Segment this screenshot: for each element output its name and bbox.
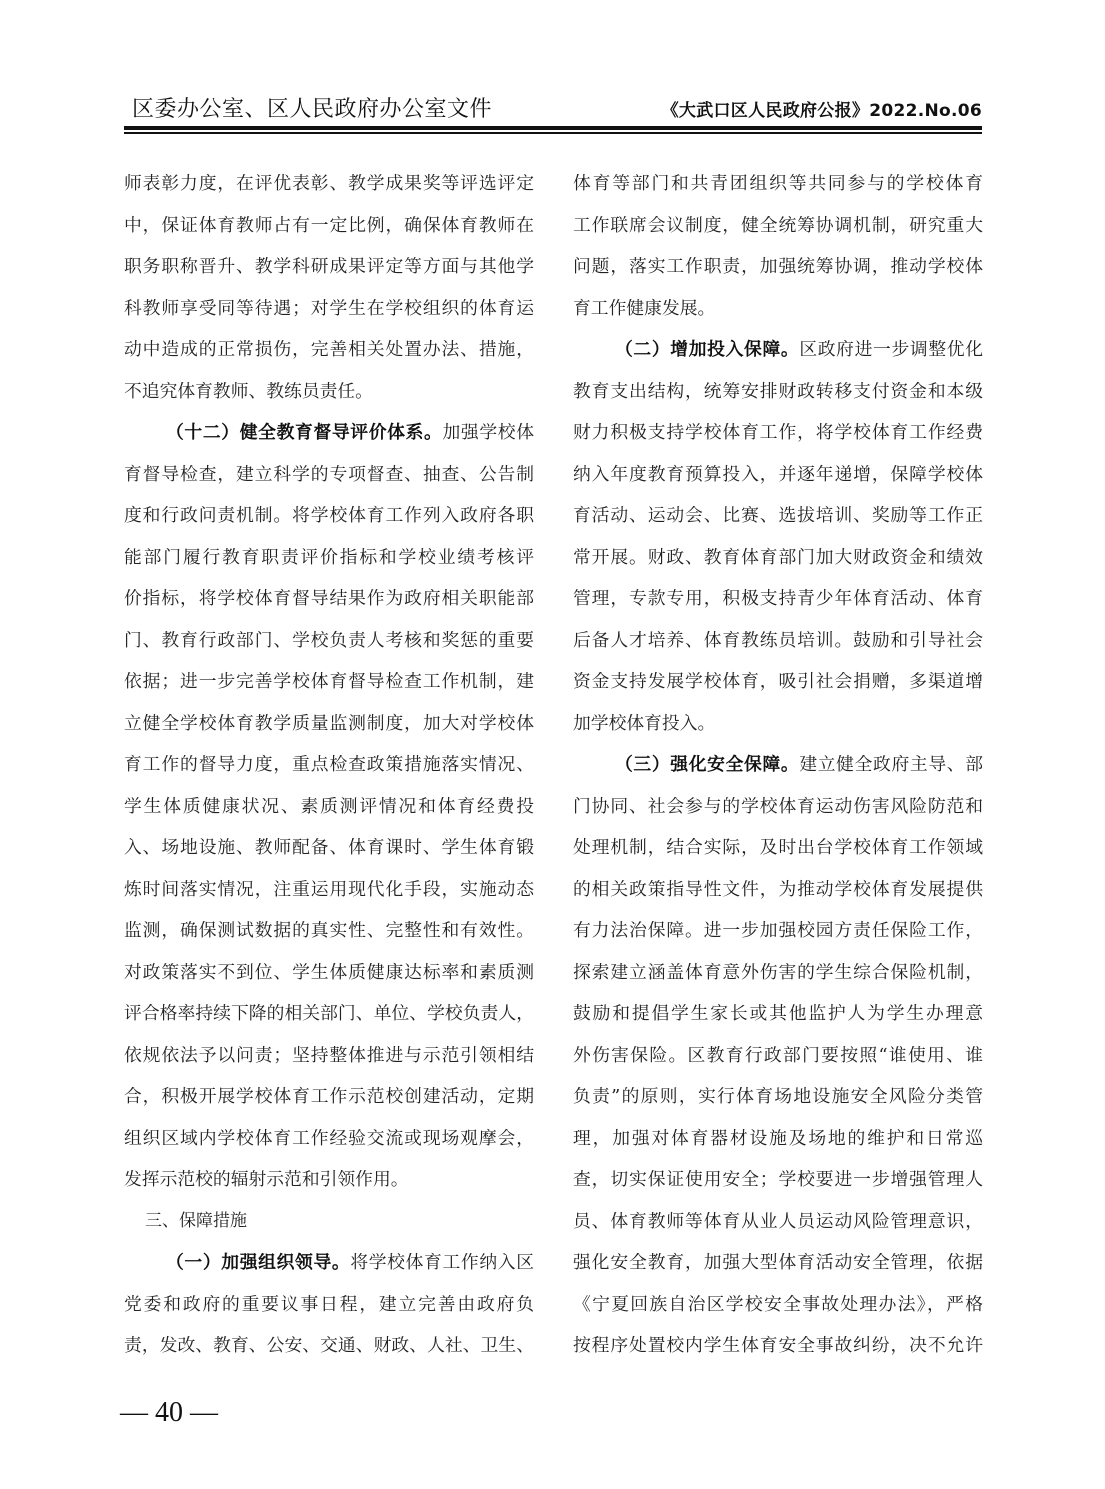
text-line: 体育等部门和共青团组织等共同参与的学校体育 xyxy=(573,163,983,205)
text-line: 后备人才培养、体育教练员培训。鼓励和引导社会 xyxy=(573,620,983,662)
text-line: 不追究体育教师、教练员责任。 xyxy=(124,371,534,413)
text-line: 的相关政策指导性文件，为推动学校体育发展提供 xyxy=(573,869,983,911)
text-line: 问题，落实工作职责，加强统筹协调，推动学校体 xyxy=(573,246,983,288)
paragraph-continued: 师表彰力度，在评优表彰、教学成果奖等评选评定 中，保证体育教师占有一定比例，确保… xyxy=(124,163,534,412)
section-heading-inline: （一）加强组织领导。 xyxy=(166,1252,350,1273)
right-column: 体育等部门和共青团组织等共同参与的学校体育 工作联席会议制度，健全统筹协调机制，… xyxy=(573,163,983,1367)
left-column: 师表彰力度，在评优表彰、教学成果奖等评选评定 中，保证体育教师占有一定比例，确保… xyxy=(124,163,534,1367)
text-line: 中，保证体育教师占有一定比例，确保体育教师在 xyxy=(124,205,534,247)
text-line: 查，切实保证使用安全；学校要进一步增强管理人 xyxy=(573,1159,983,1201)
paragraph-organization-leadership: （一）加强组织领导。将学校体育工作纳入区 党委和政府的重要议事日程，建立完善由政… xyxy=(124,1242,534,1367)
text-run: 区政府进一步调整优化 xyxy=(799,339,983,360)
text-line: 育工作健康发展。 xyxy=(573,288,983,330)
text-line: 能部门履行教育职责评价指标和学校业绩考核评 xyxy=(124,537,534,579)
text-line: 度和行政问责机制。将学校体育工作列入政府各职 xyxy=(124,495,534,537)
section-heading: 三、保障措施 xyxy=(124,1201,534,1243)
section-heading-inline: （三）强化安全保障。 xyxy=(615,754,799,775)
text-line: 育督导检查，建立科学的专项督查、抽查、公告制 xyxy=(124,454,534,496)
text-line: 加学校体育投入。 xyxy=(573,703,983,745)
text-line: 纳入年度教育预算投入，并逐年递增，保障学校体 xyxy=(573,454,983,496)
text-line: 处理机制，结合实际，及时出台学校体育工作领域 xyxy=(573,827,983,869)
text-line: 有力法治保障。进一步加强校园方责任保险工作， xyxy=(573,910,983,952)
text-line: 入、场地设施、教师配备、体育课时、学生体育锻 xyxy=(124,827,534,869)
text-line: 负责”的原则，实行体育场地设施安全风险分类管 xyxy=(573,1076,983,1118)
text-line: 鼓励和提倡学生家长或其他监护人为学生办理意 xyxy=(573,993,983,1035)
text-line: 合，积极开展学校体育工作示范校创建活动，定期 xyxy=(124,1076,534,1118)
text-line: 评合格率持续下降的相关部门、单位、学校负责人， xyxy=(124,993,534,1035)
text-line: 门、教育行政部门、学校负责人考核和奖惩的重要 xyxy=(124,620,534,662)
text-line: 理，加强对体育器材设施及场地的维护和日常巡 xyxy=(573,1118,983,1160)
text-line: 炼时间落实情况，注重运用现代化手段，实施动态 xyxy=(124,869,534,911)
text-line: 按程序处置校内学生体育安全事故纠纷，决不允许 xyxy=(573,1325,983,1367)
text-line: 科教师享受同等待遇；对学生在学校组织的体育运 xyxy=(124,288,534,330)
paragraph-education-supervision: （十二）健全教育督导评价体系。加强学校体 育督导检查，建立科学的专项督查、抽查、… xyxy=(124,412,534,1201)
text-line: （二）增加投入保障。区政府进一步调整优化 xyxy=(573,329,983,371)
text-line: 外伤害保险。区教育行政部门要按照“谁使用、谁 xyxy=(573,1035,983,1077)
text-line: 党委和政府的重要议事日程，建立完善由政府负 xyxy=(124,1284,534,1326)
text-line: 财力积极支持学校体育工作，将学校体育工作经费 xyxy=(573,412,983,454)
text-line: 员、体育教师等体育从业人员运动风险管理意识， xyxy=(573,1201,983,1243)
text-line: 探索建立涵盖体育意外伤害的学生综合保险机制， xyxy=(573,952,983,994)
text-line: 价指标，将学校体育督导结果作为政府相关职能部 xyxy=(124,578,534,620)
header-gazette-title: 《大武口区人民政府公报》2022.No.06 xyxy=(662,96,982,121)
section-heading-inline: （十二）健全教育督导评价体系。 xyxy=(166,422,442,443)
text-line: （三）强化安全保障。建立健全政府主导、部 xyxy=(573,744,983,786)
text-line: 育工作的督导力度，重点检查政策措施落实情况、 xyxy=(124,744,534,786)
text-line: 教育支出结构，统筹安排财政转移支付资金和本级 xyxy=(573,371,983,413)
text-line: 职务职称晋升、教学科研成果评定等方面与其他学 xyxy=(124,246,534,288)
text-line: 组织区域内学校体育工作经验交流或现场观摩会， xyxy=(124,1118,534,1160)
text-line: 强化安全教育，加强大型体育活动安全管理，依据 xyxy=(573,1242,983,1284)
text-line: 责，发改、教育、公安、交通、财政、人社、卫生、 xyxy=(124,1325,534,1367)
paragraph-safety-guarantee: （三）强化安全保障。建立健全政府主导、部 门协同、社会参与的学校体育运动伤害风险… xyxy=(573,744,983,1367)
header-rule-thin xyxy=(124,132,982,134)
text-line: 发挥示范校的辐射示范和引领作用。 xyxy=(124,1159,534,1201)
text-run: 建立健全政府主导、部 xyxy=(799,754,983,775)
paragraph-continued: 体育等部门和共青团组织等共同参与的学校体育 工作联席会议制度，健全统筹协调机制，… xyxy=(573,163,983,329)
text-line: 育活动、运动会、比赛、选拔培训、奖励等工作正 xyxy=(573,495,983,537)
text-line: 对政策落实不到位、学生体质健康达标率和素质测 xyxy=(124,952,534,994)
text-line: 监测，确保测试数据的真实性、完整性和有效性。 xyxy=(124,910,534,952)
page-header: 区委办公室、区人民政府办公室文件 《大武口区人民政府公报》2022.No.06 xyxy=(124,88,982,138)
text-line: 依规依法予以问责；坚持整体推进与示范引领相结 xyxy=(124,1035,534,1077)
text-run: 加强学校体 xyxy=(442,422,534,443)
header-rule-thick xyxy=(124,126,982,130)
text-line: 立健全学校体育教学质量监测制度，加大对学校体 xyxy=(124,703,534,745)
paragraph-investment-guarantee: （二）增加投入保障。区政府进一步调整优化 教育支出结构，统筹安排财政转移支付资金… xyxy=(573,329,983,744)
text-line: 管理，专款专用，积极支持青少年体育活动、体育 xyxy=(573,578,983,620)
text-line: 门协同、社会参与的学校体育运动伤害风险防范和 xyxy=(573,786,983,828)
header-issuer-title: 区委办公室、区人民政府办公室文件 xyxy=(132,92,492,123)
text-line: 依据；进一步完善学校体育督导检查工作机制，建 xyxy=(124,661,534,703)
page-number: — 40 — xyxy=(120,1397,218,1429)
text-run: 将学校体育工作纳入区 xyxy=(350,1252,534,1273)
text-line: 师表彰力度，在评优表彰、教学成果奖等评选评定 xyxy=(124,163,534,205)
text-line: 常开展。财政、教育体育部门加大财政资金和绩效 xyxy=(573,537,983,579)
text-line: 《宁夏回族自治区学校安全事故处理办法》，严格 xyxy=(573,1284,983,1326)
text-line: 动中造成的正常损伤，完善相关处置办法、措施， xyxy=(124,329,534,371)
text-line: 资金支持发展学校体育，吸引社会捐赠，多渠道增 xyxy=(573,661,983,703)
text-line: 学生体质健康状况、素质测评情况和体育经费投 xyxy=(124,786,534,828)
text-line: （一）加强组织领导。将学校体育工作纳入区 xyxy=(124,1242,534,1284)
text-line: （十二）健全教育督导评价体系。加强学校体 xyxy=(124,412,534,454)
section-heading-inline: （二）增加投入保障。 xyxy=(615,339,799,360)
text-line: 工作联席会议制度，健全统筹协调机制，研究重大 xyxy=(573,205,983,247)
